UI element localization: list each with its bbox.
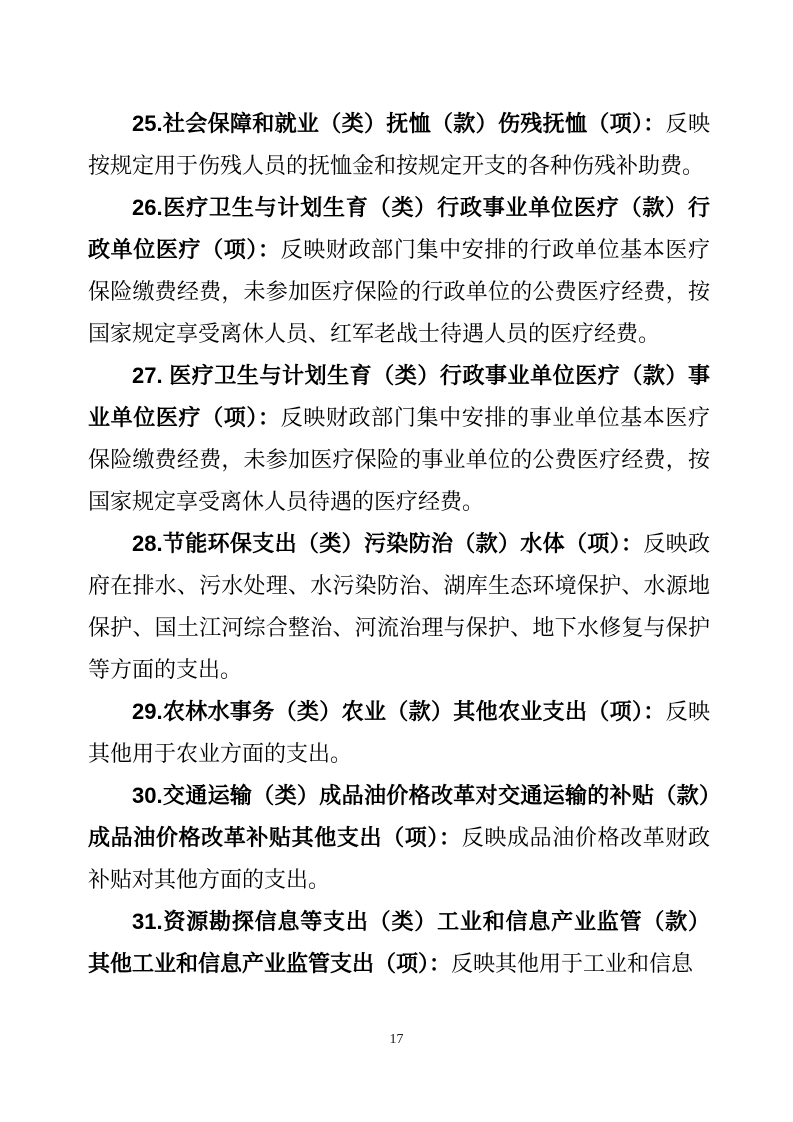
- paragraph-25-heading: 25.社会保障和就业（类）抚恤（款）伤残抚恤（项）：: [132, 111, 666, 136]
- paragraph-31: 31.资源勘探信息等支出（类）工业和信息产业监管（款）其他工业和信息产业监管支出…: [88, 901, 710, 985]
- document-page: 25.社会保障和就业（类）抚恤（款）伤残抚恤（项）：反映按规定用于伤残人员的抚恤…: [0, 0, 793, 1122]
- page-number: 17: [0, 1032, 793, 1048]
- paragraph-31-body: 反映其他用于工业和信息: [451, 951, 693, 976]
- document-content: 25.社会保障和就业（类）抚恤（款）伤残抚恤（项）：反映按规定用于伤残人员的抚恤…: [88, 103, 710, 985]
- paragraph-29: 29.农林水事务（类）农业（款）其他农业支出（项）：反映其他用于农业方面的支出。: [88, 691, 710, 775]
- paragraph-25: 25.社会保障和就业（类）抚恤（款）伤残抚恤（项）：反映按规定用于伤残人员的抚恤…: [88, 103, 710, 187]
- paragraph-27: 27. 医疗卫生与计划生育（类）行政事业单位医疗（款）事业单位医疗（项）：反映财…: [88, 355, 710, 523]
- paragraph-26: 26.医疗卫生与计划生育（类）行政事业单位医疗（款）行政单位医疗（项）：反映财政…: [88, 187, 710, 355]
- paragraph-29-heading: 29.农林水事务（类）农业（款）其他农业支出（项）：: [132, 699, 666, 724]
- paragraph-28-heading: 28.节能环保支出（类）污染防治（款）水体（项）：: [132, 531, 643, 556]
- paragraph-30: 30.交通运输（类）成品油价格改革对交通运输的补贴（款）成品油价格改革补贴其他支…: [88, 775, 710, 901]
- paragraph-28: 28.节能环保支出（类）污染防治（款）水体（项）：反映政府在排水、污水处理、水污…: [88, 523, 710, 691]
